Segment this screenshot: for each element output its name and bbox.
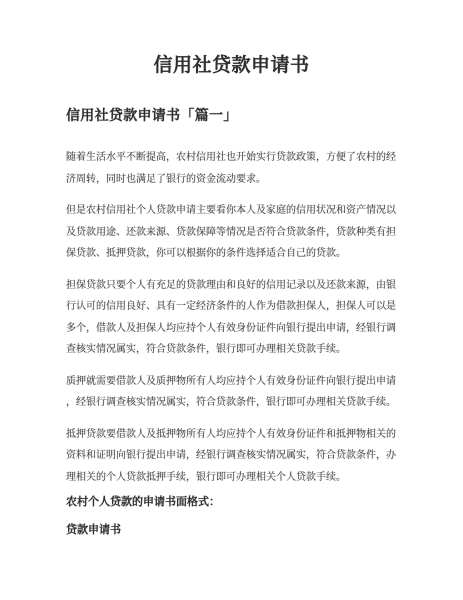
page-title: 信用社贷款申请书 xyxy=(0,0,463,78)
paragraph-guaranteed-loan: 担保贷款只要个人有充足的贷款理由和良好的信用记录以及还款来源，由银 行认可的信用… xyxy=(66,275,417,361)
document-body: 信用社贷款申请书「篇一」 随着生活水平不断提高，农村信用社也开始实行贷款政策，方… xyxy=(0,108,463,538)
paragraph-mortgage-loan: 抵押贷款要借款人及抵押物所有人均应持个人有效身份证件和抵押物相关的 资料和证明向… xyxy=(66,424,417,489)
format-heading: 农村个人贷款的申请书面格式： xyxy=(66,494,417,510)
paragraph-pledge-loan: 质押就需要借款人及质押物所有人均应持个人有效身份证件向银行提出申请 ，经银行调查… xyxy=(66,371,417,414)
section-heading: 信用社贷款申请书「篇一」 xyxy=(66,108,417,126)
document-page: 信用社贷款申请书 信用社贷款申请书「篇一」 随着生活水平不断提高，农村信用社也开… xyxy=(0,0,463,600)
paragraph-intro: 随着生活水平不断提高，农村信用社也开始实行贷款政策，方便了农村的经 济周转，同时… xyxy=(66,147,417,190)
paragraph-loan-conditions: 但是农村信用社个人贷款申请主要看你本人及家庭的信用状况和资产情况以 及贷款用途、… xyxy=(66,200,417,265)
form-title: 贷款申请书 xyxy=(66,522,417,538)
